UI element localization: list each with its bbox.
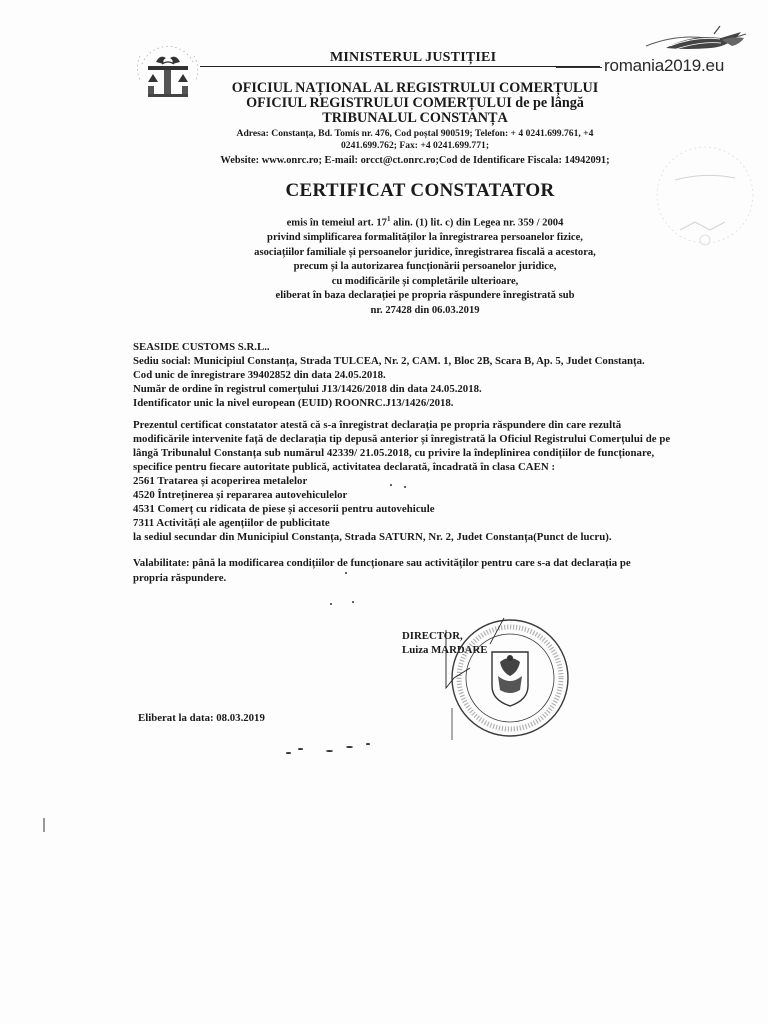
validity-line-1: Valabilitate: până la modificarea condiț…	[133, 556, 733, 571]
body-line-4: specifice pentru fiecare autoritate publ…	[133, 460, 733, 474]
certificate-body: Prezentul certificat constatator atestă …	[133, 418, 733, 544]
legal-basis-line-6: eliberat în baza declarației pe propria …	[220, 289, 630, 304]
caen-activity: 7311 Activități ale agențiilor de public…	[133, 516, 733, 530]
company-details: SEASIDE CUSTOMS S.R.L.. Sediu social: Mu…	[133, 340, 733, 410]
issue-date: Eliberat la data: 08.03.2019	[138, 712, 265, 724]
validity-line-2: propria răspundere.	[133, 571, 733, 586]
legal-basis-line-4: precum și la autorizarea funcționării pe…	[220, 260, 630, 275]
certificate-title: CERTIFICAT CONSTATATOR	[230, 180, 610, 202]
caen-activity: 4531 Comerț cu ridicata de piese și acce…	[133, 502, 733, 516]
validity-statement: Valabilitate: până la modificarea condiț…	[133, 556, 733, 585]
office-national-name: OFICIUL NAȚIONAL AL REGISTRULUI COMERȚUL…	[220, 81, 610, 96]
body-line-2: modificările intervenite față de declara…	[133, 432, 733, 446]
signature-stroke	[440, 628, 480, 748]
ministry-name: MINISTERUL JUSTIȚIEI	[330, 50, 496, 66]
faint-stamp-icon	[650, 140, 760, 250]
unique-registration-code: Cod unic de înregistrare 39402852 din da…	[133, 368, 733, 382]
romania-presidency-flag-icon	[636, 24, 756, 60]
trade-register-number: Număr de ordine în registrul comerțului …	[133, 382, 733, 396]
office-local-name: OFICIUL REGISTRULUI COMERȚULUI de pe lân…	[220, 96, 610, 111]
legal-basis: emis în temeiul art. 171 alin. (1) lit. …	[220, 212, 630, 318]
legal-basis-line-1: emis în temeiul art. 171 alin. (1) lit. …	[220, 212, 630, 231]
legal-basis-line-3: asociațiilor familiale și persoanelor ju…	[212, 246, 638, 261]
office-address: Adresa: Constanța, Bd. Tomis nr. 476, Co…	[220, 128, 610, 152]
office-web-contact: Website: www.onrc.ro; E-mail: orcct@ct.o…	[220, 154, 610, 167]
tribunal-name: TRIBUNALUL CONSTANȚA	[220, 111, 610, 126]
company-name: SEASIDE CUSTOMS S.R.L..	[133, 340, 733, 354]
legal-basis-line-2: privind simplificarea formalităților la …	[220, 231, 630, 246]
document-page: MINISTERUL JUSTIȚIEI romania2019.eu OFIC…	[0, 0, 768, 1024]
header-divider	[200, 66, 600, 67]
caen-activity: 2561 Tratarea și acoperirea metalelor	[133, 474, 733, 488]
body-line-3: lângă Tribunalul Constanța sub numărul 4…	[133, 446, 733, 460]
caen-activity-list: 2561 Tratarea și acoperirea metalelor 45…	[133, 474, 733, 530]
registrul-comertului-emblem-icon	[136, 34, 200, 104]
caen-activity: 4520 Întreținerea și repararea autovehic…	[133, 488, 733, 502]
body-line-1: Prezentul certificat constatator atestă …	[133, 418, 733, 432]
campaign-rule	[556, 67, 602, 68]
registered-office: Sediu social: Municipiul Constanța, Stra…	[133, 354, 733, 368]
office-header: OFICIUL NAȚIONAL AL REGISTRULUI COMERȚUL…	[220, 81, 610, 167]
declaration-reference: nr. 27428 din 06.03.2019	[220, 304, 630, 319]
secondary-location: la sediul secundar din Municipiul Consta…	[133, 530, 733, 544]
legal-basis-line-5: cu modificările și completările ulterioa…	[220, 275, 630, 290]
campaign-url: romania2019.eu	[604, 56, 724, 76]
euid: Identificator unic la nivel european (EU…	[133, 396, 733, 410]
